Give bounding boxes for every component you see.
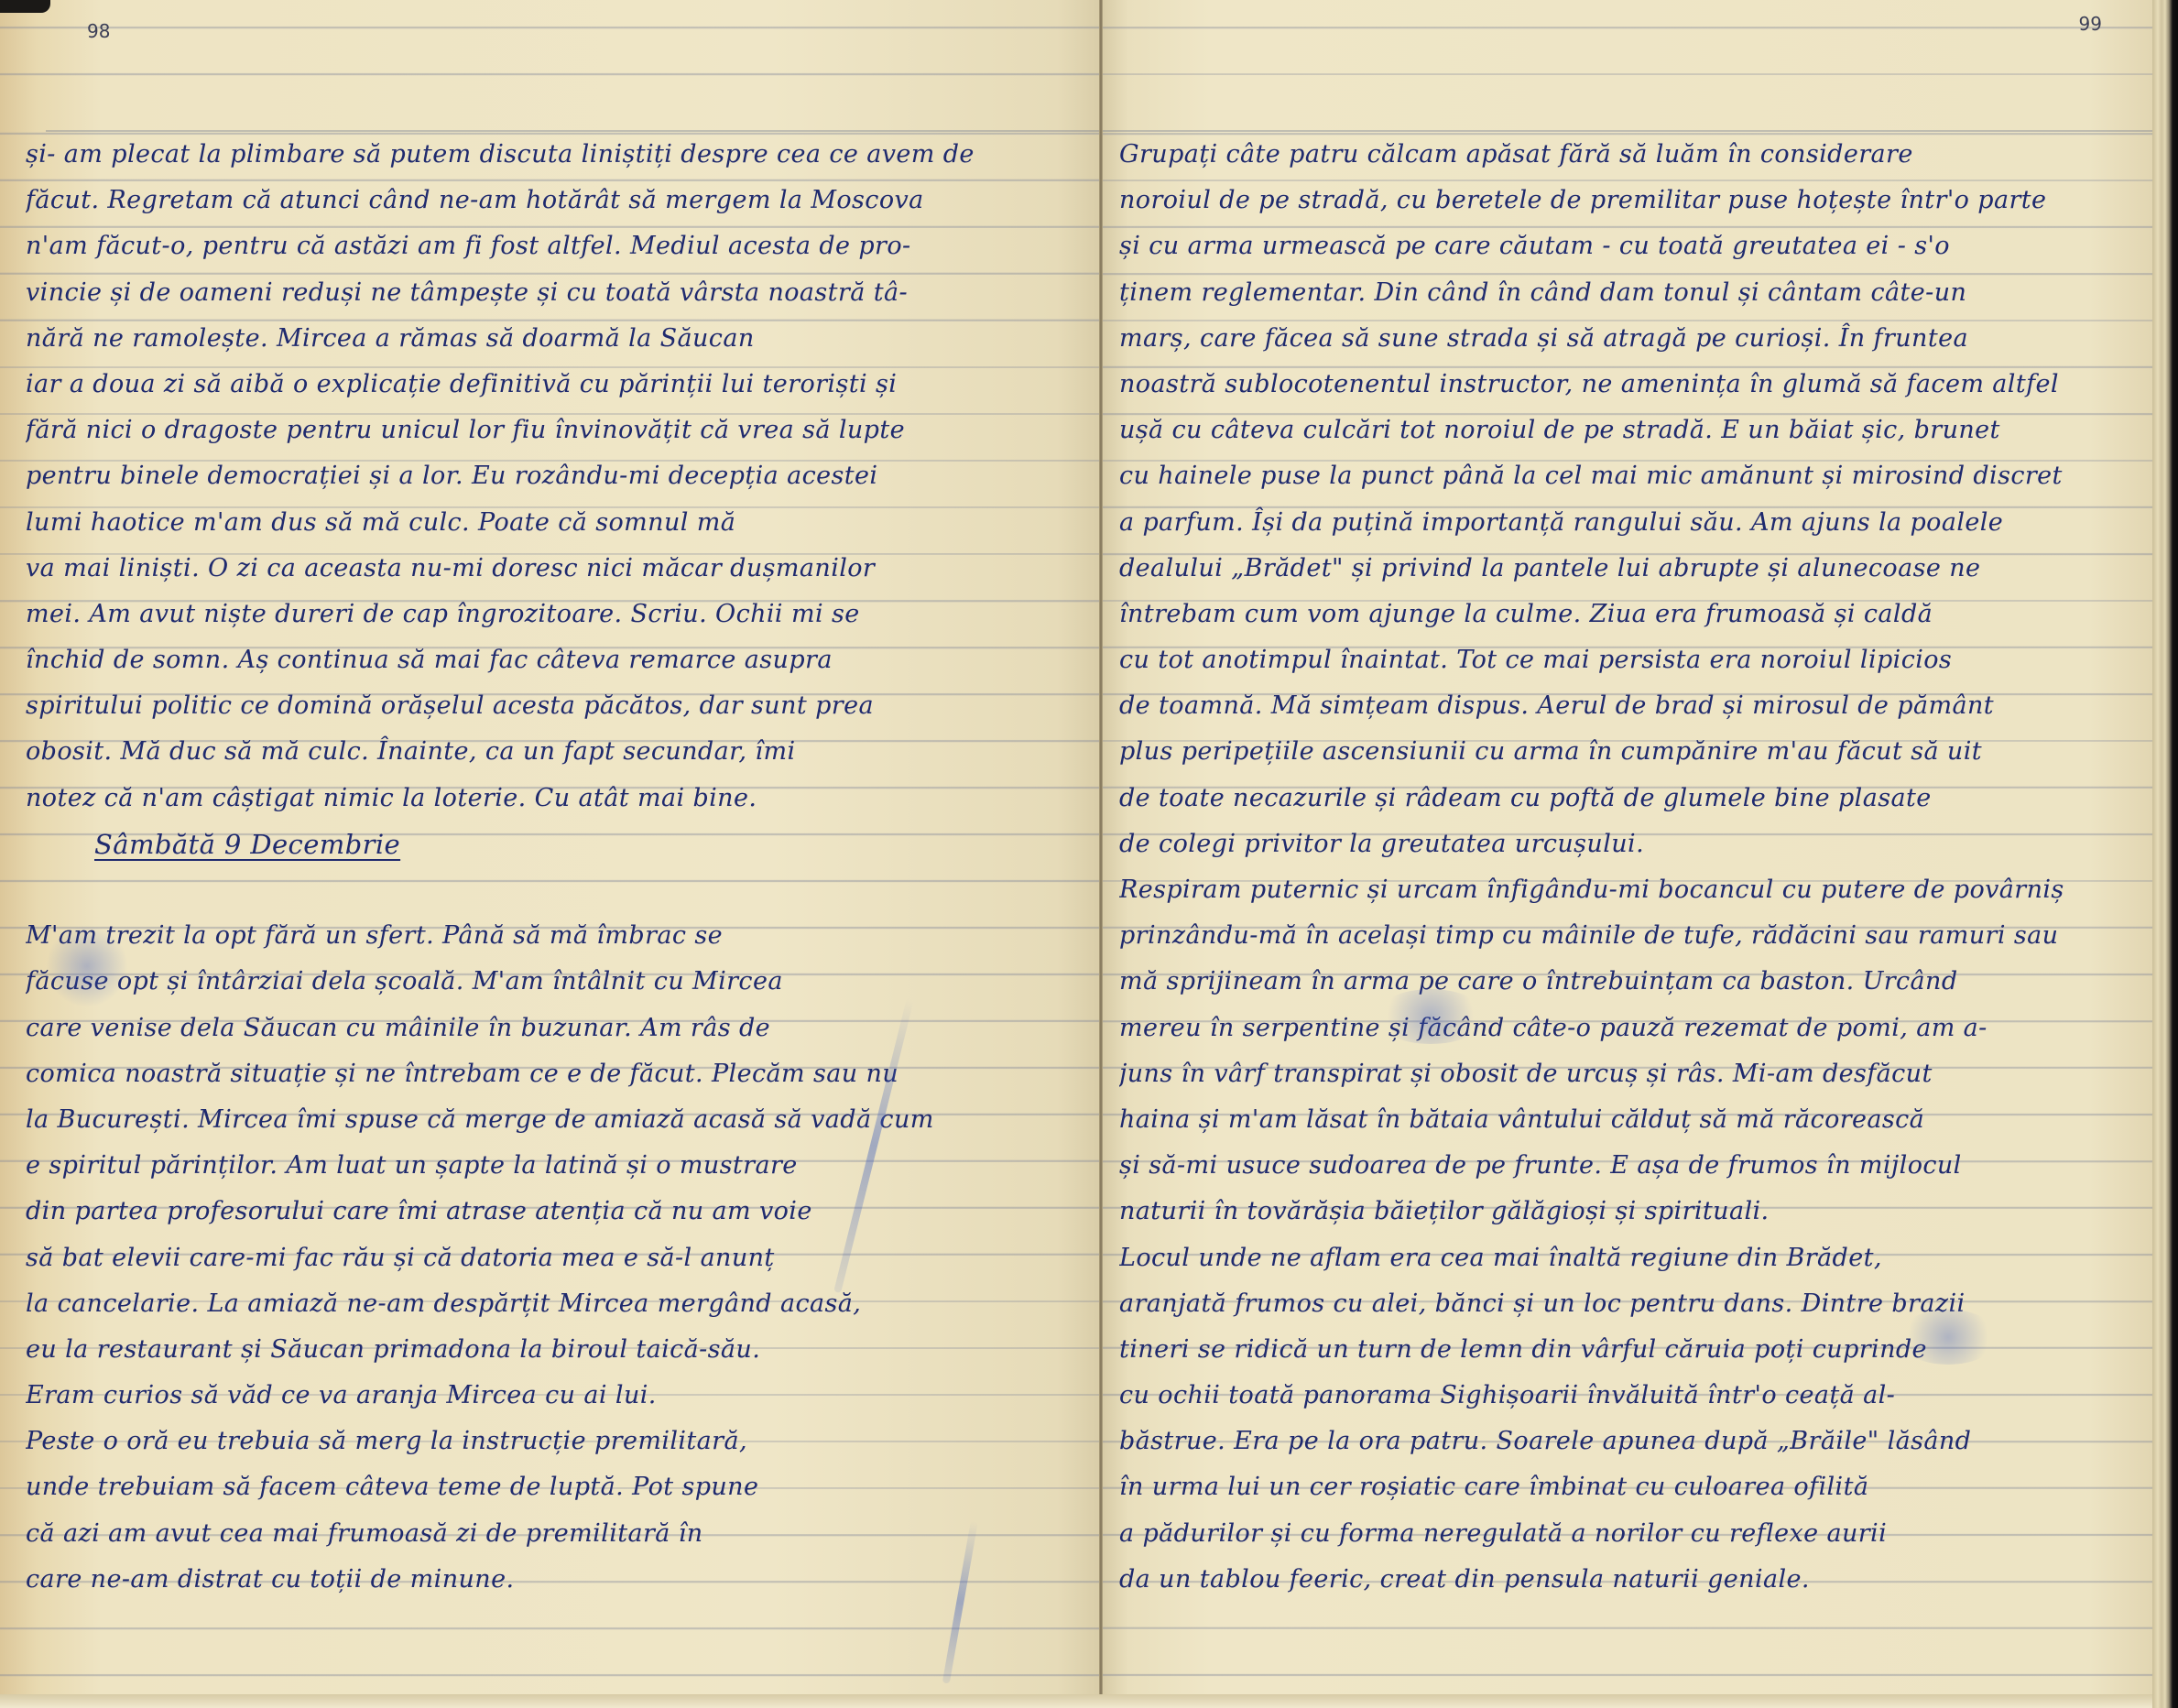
text-line: că azi am avut cea mai frumoasă zi de pr…	[26, 1507, 1083, 1553]
text-line: Respiram puternic și urcam înfigându-mi …	[1119, 864, 2132, 909]
text-line: n'am făcut-o, pentru că astăzi am fi fos…	[26, 220, 1083, 266]
page-edges	[2152, 0, 2178, 1708]
page-number: 99	[2079, 13, 2102, 35]
text-line: și cu arma urmească pe care căutam - cu …	[1119, 220, 2132, 266]
text-line: lumi haotice m'am dus să mă culc. Poate …	[26, 496, 1083, 542]
text-line: eu la restaurant și Săucan primadona la …	[26, 1323, 1083, 1369]
text-line: dealului „Brădet" și privind la pantele …	[1119, 542, 2132, 588]
text-line: Locul unde ne aflam era cea mai înaltă r…	[1119, 1232, 2132, 1278]
text-line: pentru binele democrației și a lor. Eu r…	[26, 450, 1083, 495]
text-line: și- am plecat la plimbare să putem discu…	[26, 128, 1083, 174]
text-line: mă sprijineam în arma pe care o întrebui…	[1119, 955, 2132, 1001]
text-line: va mai liniști. O zi ca aceasta nu-mi do…	[26, 542, 1083, 588]
text-line: făcut. Regretam că atunci când ne-am hot…	[26, 174, 1083, 220]
text-line: din partea profesorului care îmi atrase …	[26, 1185, 1083, 1231]
text-line: fără nici o dragoste pentru unicul lor f…	[26, 404, 1083, 450]
notebook-spine	[1099, 0, 1103, 1708]
blank-line	[26, 864, 1083, 909]
text-line: ținem reglementar. Din când în când dam …	[1119, 267, 2132, 312]
text-line: a parfum. Își da puțină importanță rangu…	[1119, 496, 2132, 542]
text-line: plus peripețiile ascensiunii cu arma în …	[1119, 725, 2132, 771]
text-line: la București. Mircea îmi spuse că merge …	[26, 1093, 1083, 1139]
text-line: comica noastră situație și ne întrebam c…	[26, 1048, 1083, 1093]
text-line: spiritului politic ce domină orășelul ac…	[26, 680, 1083, 725]
text-line: de colegi privitor la greutatea urcușulu…	[1119, 818, 2132, 864]
text-line: Peste o oră eu trebuia să merg la instru…	[26, 1415, 1083, 1461]
text-line: marș, care făcea să sune strada și să at…	[1119, 312, 2132, 358]
text-line: de toamnă. Mă simțeam dispus. Aerul de b…	[1119, 680, 2132, 725]
text-line: noastră sublocotenentul instructor, ne a…	[1119, 358, 2132, 404]
text-line: făcuse opt și întârziai dela școală. M'a…	[26, 955, 1083, 1001]
text-line: în urma lui un cer roșiatic care îmbinat…	[1119, 1461, 2132, 1507]
text-line: unde trebuiam să facem câteva teme de lu…	[26, 1461, 1083, 1507]
text-line: noroiul de pe stradă, cu beretele de pre…	[1119, 174, 2132, 220]
text-line: naturii în tovărășia băieților gălăgioși…	[1119, 1185, 2132, 1231]
page-number: 98	[87, 20, 110, 42]
text-line: juns în vârf transpirat și obosit de urc…	[1119, 1048, 2132, 1093]
text-line: la cancelarie. La amiază ne-am despărțit…	[26, 1278, 1083, 1323]
text-line: cu tot anotimpul înaintat. Tot ce mai pe…	[1119, 634, 2132, 680]
left-page: 98 și- am plecat la plimbare să putem di…	[0, 0, 1101, 1694]
handwritten-text: și- am plecat la plimbare să putem discu…	[26, 128, 1083, 1599]
text-line: băstrue. Era pe la ora patru. Soarele ap…	[1119, 1415, 2132, 1461]
text-line: Grupați câte patru călcam apăsat fără să…	[1119, 128, 2132, 174]
text-line: întrebam cum vom ajunge la culme. Ziua e…	[1119, 588, 2132, 634]
text-line: iar a doua zi să aibă o explicație defin…	[26, 358, 1083, 404]
text-line: nără ne ramolește. Mircea a rămas să doa…	[26, 312, 1083, 358]
text-line: Eram curios să văd ce va aranja Mircea c…	[26, 1369, 1083, 1415]
notebook-spread: 98 și- am plecat la plimbare să putem di…	[0, 0, 2178, 1708]
text-line: mei. Am avut niște dureri de cap îngrozi…	[26, 588, 1083, 634]
text-line: să bat elevii care-mi fac rău și că dato…	[26, 1232, 1083, 1278]
text-line: mereu în serpentine și făcând câte-o pau…	[1119, 1002, 2132, 1048]
page-bottom-edge	[0, 1694, 2152, 1708]
text-line: închid de somn. Aș continua să mai fac c…	[26, 634, 1083, 680]
text-line: cu hainele puse la punct până la cel mai…	[1119, 450, 2132, 495]
text-line: vincie și de oameni reduși ne tâmpește ș…	[26, 267, 1083, 312]
text-line: a pădurilor și cu forma neregulată a nor…	[1119, 1507, 2132, 1553]
ink-smudge	[1376, 989, 1486, 1044]
text-line: care venise dela Săucan cu mâinile în bu…	[26, 1002, 1083, 1048]
text-line: prinzându-mă în același timp cu mâinile …	[1119, 909, 2132, 955]
text-line: de toate necazurile și râdeam cu poftă d…	[1119, 772, 2132, 818]
cover-corner	[0, 0, 50, 13]
date-heading: Sâmbătă 9 Decembrie	[26, 818, 1083, 864]
text-line: notez că n'am câștigat nimic la loterie.…	[26, 772, 1083, 818]
ink-smudge	[46, 925, 128, 1007]
right-page: 99 Grupați câte patru călcam apăsat fără…	[1101, 0, 2152, 1694]
text-line: da un tablou feeric, creat din pensula n…	[1119, 1553, 2132, 1599]
ink-smudge	[1898, 1310, 1998, 1365]
text-line: e spiritul părinților. Am luat un șapte …	[26, 1139, 1083, 1185]
text-line: haina și m'am lăsat în bătaia vântului c…	[1119, 1093, 2132, 1139]
handwritten-text: Grupați câte patru călcam apăsat fără să…	[1119, 128, 2132, 1599]
text-line: cu ochii toată panorama Sighișoarii învă…	[1119, 1369, 2132, 1415]
text-line: și să-mi usuce sudoarea de pe frunte. E …	[1119, 1139, 2132, 1185]
text-line: M'am trezit la opt fără un sfert. Până s…	[26, 909, 1083, 955]
text-line: obosit. Mă duc să mă culc. Înainte, ca u…	[26, 725, 1083, 771]
text-line: ușă cu câteva culcări tot noroiul de pe …	[1119, 404, 2132, 450]
text-line: care ne-am distrat cu toții de minune.	[26, 1553, 1083, 1599]
